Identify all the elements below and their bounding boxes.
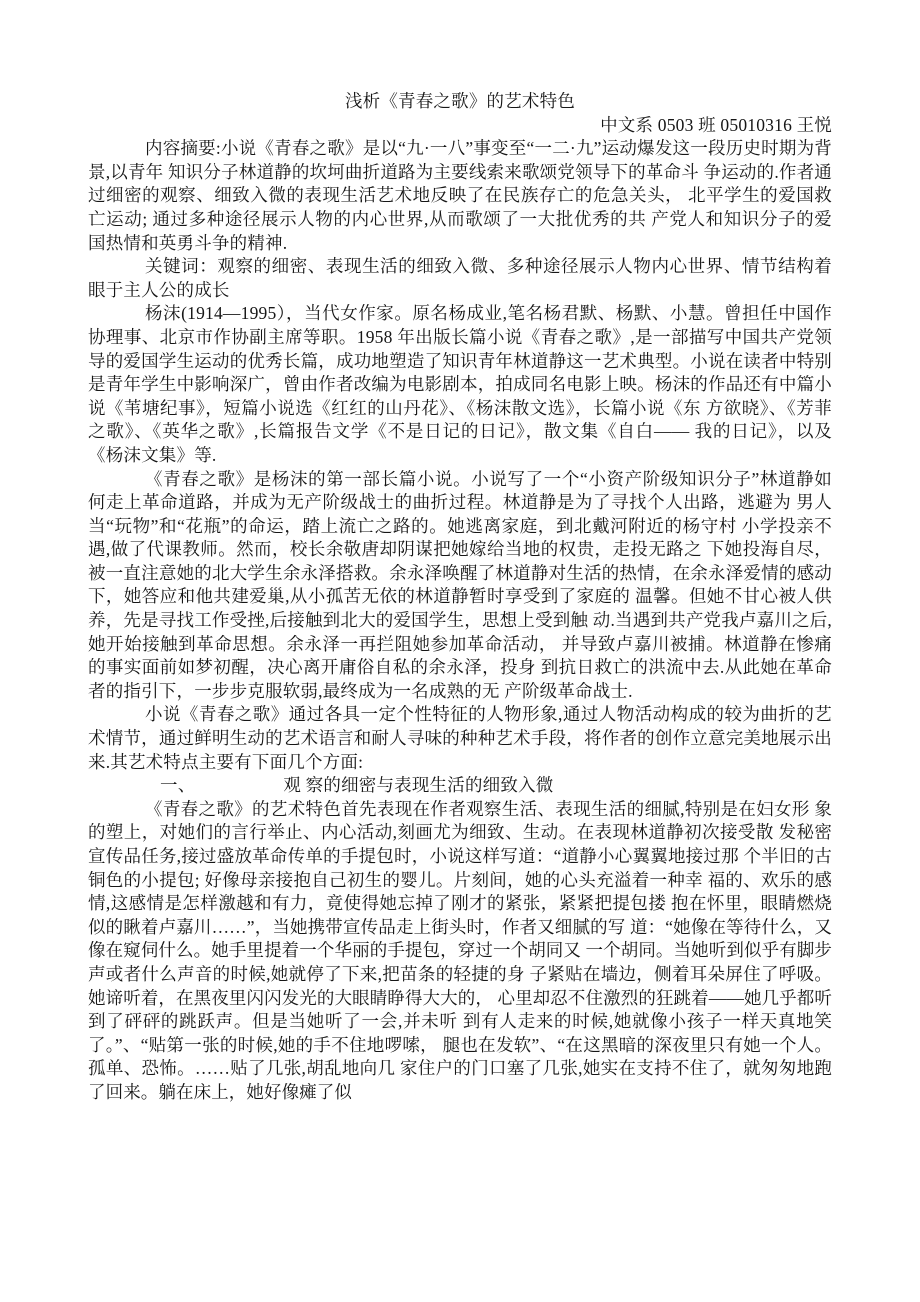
author-byline: 中文系 0503 班 05010316 王悦 bbox=[88, 114, 832, 138]
section-title: 观 察的细密与表现生活的细致入微 bbox=[283, 775, 553, 795]
section-heading: 一、观 察的细密与表现生活的细致入微 bbox=[88, 774, 832, 798]
section-number: 一、 bbox=[160, 774, 195, 798]
paragraph-art-overview: 小说《青春之歌》通过各具一定个性特征的人物形象,通过人物活动构成的较为曲折的艺术… bbox=[88, 703, 832, 774]
document-page: 浅析《青春之歌》的艺术特色 中文系 0503 班 05010316 王悦 内容摘… bbox=[0, 0, 920, 1302]
page-title: 浅析《青春之歌》的艺术特色 bbox=[88, 90, 832, 114]
paragraph-keywords: 关键词：观察的细密、表现生活的细致入微、多种途径展示人物内心世界、情节结构着眼于… bbox=[88, 255, 832, 302]
paragraph-section-one-body: 《青春之歌》的艺术特色首先表现在作者观察生活、表现生活的细腻,特别是在妇女形 象… bbox=[88, 798, 832, 1105]
paragraph-abstract: 内容摘要:小说《青春之歌》是以“九·一八”事变至“一二·九”运动爆发这一段历史时… bbox=[88, 137, 832, 255]
paragraph-author-intro: 杨沫(1914—1995），当代女作家。原名杨成业,笔名杨君默、杨默、小慧。曾担… bbox=[88, 302, 832, 467]
paragraph-plot-summary: 《青春之歌》是杨沫的第一部长篇小说。小说写了一个“小资产阶级知识分子”林道静如何… bbox=[88, 468, 832, 704]
